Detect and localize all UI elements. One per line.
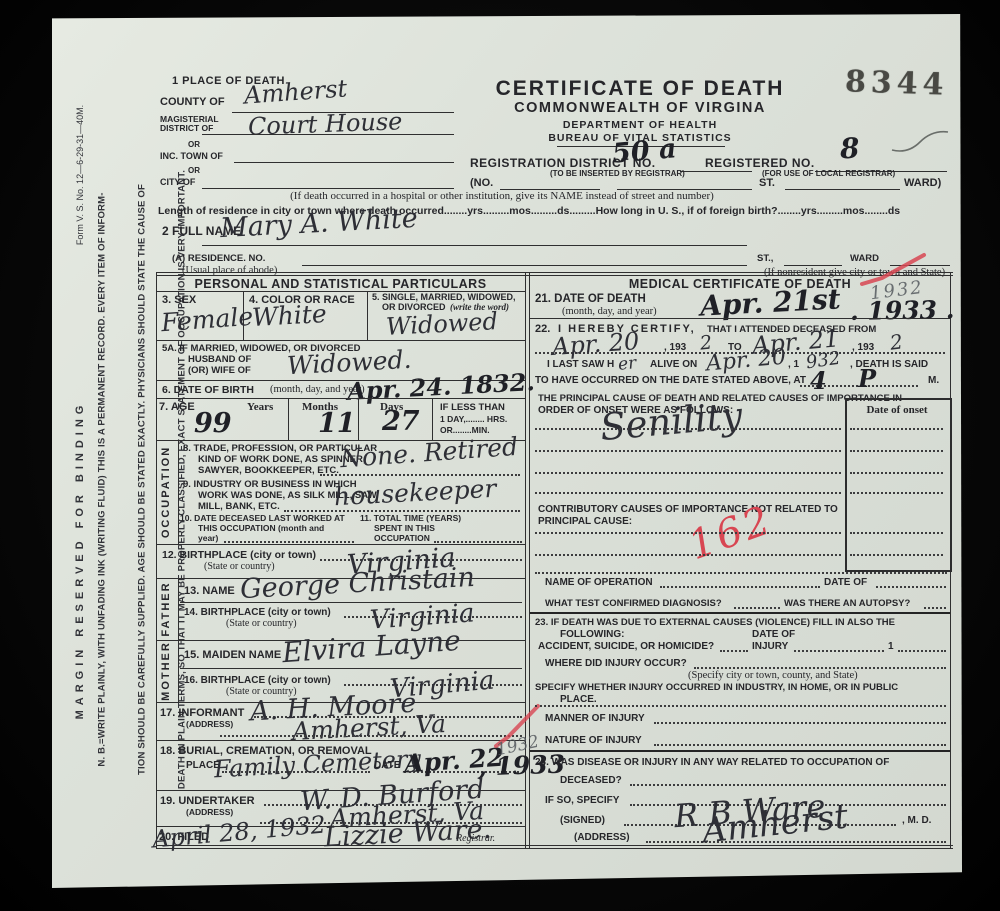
dotted-leader: [654, 744, 946, 746]
city-of-label: CITY OF: [160, 178, 195, 187]
rule: [156, 845, 953, 846]
mother-maiden-value: Elvira Layne: [281, 624, 462, 669]
dotted-leader: [222, 771, 370, 773]
lastsaw-printed-year: , 1: [788, 360, 799, 370]
related-occupation-label-2: DECEASED?: [560, 776, 622, 786]
operation-label: NAME OF OPERATION: [545, 578, 653, 588]
external-causes-label-1: 23. IF DEATH WAS DUE TO EXTERNAL CAUSES …: [535, 618, 895, 628]
dotted-leader: [694, 667, 946, 669]
industry-label-1: 9. INDUSTRY OR BUSINESS IN WHICH: [183, 480, 357, 490]
totaltime-label-2: SPENT IN THIS: [374, 524, 435, 533]
rule: [178, 640, 179, 702]
lastworked-label-3: year): [198, 534, 218, 543]
trade-label-3: SAWYER, BOOKKEEPER, ETC.: [198, 466, 339, 476]
sex-value: Female: [160, 302, 254, 337]
dotted-leader: [535, 428, 841, 430]
rule: [156, 340, 525, 341]
age-years-label: Years: [247, 402, 273, 413]
manner-injury-label: MANNER OF INJURY: [545, 714, 645, 724]
rule: [156, 272, 953, 273]
occupation-group-label: OCCUPATION: [160, 442, 172, 542]
rule: [156, 740, 525, 741]
birthplace-sub: (State or country): [204, 562, 275, 572]
department-line: DEPARTMENT OF HEALTH: [440, 120, 840, 131]
rule: [358, 398, 359, 440]
lastsaw-label-2: ALIVE ON: [650, 360, 697, 370]
date-of-death-value: Apr. 21st: [699, 282, 841, 322]
dotted-leader: [224, 541, 354, 543]
or-label: OR: [188, 167, 200, 175]
injury-one: 1: [888, 642, 894, 652]
registered-no-label: REGISTERED NO.: [705, 157, 815, 169]
street-ward-label: WARD): [904, 178, 941, 189]
dotted-leader: [220, 735, 522, 737]
county-label: COUNTY OF: [160, 97, 225, 108]
industry-value: housekeeper: [333, 474, 497, 511]
dotted-leader: [630, 784, 946, 786]
printed-year-prefix: , 193: [852, 343, 874, 353]
where-injury-sub: (Specify city or town, county, and State…: [688, 671, 858, 682]
residence-a-label: (A) RESIDENCE. NO.: [172, 254, 265, 264]
autopsy-label: WAS THERE AN AUTOPSY?: [784, 599, 910, 609]
rule: [178, 578, 179, 640]
rule: [302, 265, 747, 266]
rule: [530, 612, 950, 614]
contributory-label-1: CONTRIBUTORY CAUSES OF IMPORTANCE NOT RE…: [538, 505, 838, 515]
trade-value: None. Retired: [339, 432, 519, 473]
informant-label: 17. INFORMANT: [160, 708, 244, 719]
dotted-leader: [535, 532, 841, 534]
mother-birthplace-label: 16. BIRTHPLACE (city or town): [184, 676, 331, 686]
street-st-label: ST.: [759, 178, 775, 189]
district-of-label: DISTRICT OF: [160, 124, 213, 133]
dotted-leader: [535, 572, 947, 574]
commonwealth-subtitle: COMMONWEALTH OF VIRGINA: [440, 101, 840, 116]
father-name-value: George Christain: [239, 562, 475, 605]
dotted-leader: [535, 492, 841, 494]
form-number-vertical: Form V. S. No. 12—6-29-31—40M.: [75, 100, 85, 250]
date-of-death-label: 21. DATE OF DEATH: [535, 294, 646, 306]
residence-st-label: ST.,: [757, 254, 773, 264]
margin-note-line2: TION SHOULD BE CAREFULLY SUPPLIED. AGE S…: [137, 100, 148, 860]
where-injury-label: WHERE DID INJURY OCCUR?: [545, 659, 687, 669]
dob-label: 6. DATE OF BIRTH: [162, 385, 254, 396]
dotted-leader: [924, 607, 946, 609]
lastworked-label-1: 10. DATE DECEASED LAST WORKED AT: [180, 514, 345, 523]
inc-town-label: INC. TOWN OF: [160, 152, 223, 161]
date-of-onset-label: Date of onset: [847, 405, 947, 416]
certificate-paper: Form V. S. No. 12—6-29-31—40M. MARGIN RE…: [52, 14, 962, 888]
registrar-label: Registrar.: [456, 834, 495, 844]
specify-label-1: SPECIFY WHETHER INJURY OCCURRED IN INDUS…: [535, 683, 898, 693]
age-less-label-1: IF LESS THAN: [440, 403, 505, 413]
dotted-leader: [660, 586, 820, 588]
margin-binding-vertical: MARGIN RESERVED FOR BINDING: [74, 335, 86, 785]
dotted-leader: [720, 650, 748, 652]
dotted-leader: [654, 722, 946, 724]
rule: [784, 265, 842, 266]
marital-value: Widowed: [385, 307, 498, 341]
totaltime-label-1: 11. TOTAL TIME (YEARS): [360, 514, 461, 523]
operation-date-label: DATE OF: [824, 578, 867, 588]
dotted-leader: [850, 492, 943, 494]
s5a-label-3: (OR) WIFE OF: [188, 366, 251, 376]
rule: [202, 134, 454, 135]
dotted-leader: [734, 607, 780, 609]
certify-number: 22.: [535, 324, 550, 335]
ifso-label: IF SO, SPECIFY: [545, 796, 619, 806]
test-label: WHAT TEST CONFIRMED DIAGNOSIS?: [545, 599, 722, 609]
birthplace-label: 12. BIRTHPLACE (city or town): [162, 550, 316, 561]
s5a-label-2: HUSBAND OF: [188, 355, 251, 365]
rule: [202, 245, 747, 246]
registration-district-value: 50 a: [611, 133, 678, 170]
registrar-insert-note: (TO BE INSERTED BY REGISTRAR): [550, 170, 685, 178]
sex-label: 3. SEX: [162, 295, 196, 306]
occurred-ampm-value: P: [858, 364, 876, 393]
occurred-label: TO HAVE OCCURRED ON THE DATE STATED ABOV…: [535, 376, 806, 386]
dotted-leader: [850, 532, 943, 534]
dotted-leader: [535, 472, 841, 474]
dotted-leader: [850, 472, 943, 474]
date-of-onset-box: Date of onset: [845, 398, 952, 572]
related-occupation-label-1: 24. WAS DISEASE OR INJURY IN ANY WAY REL…: [535, 758, 889, 768]
marital-label-1: 5. SINGLE, MARRIED, WIDOWED,: [372, 293, 516, 302]
contributory-label-2: PRINCIPAL CAUSE:: [538, 517, 632, 527]
rule: [178, 440, 179, 544]
age-years-value: 99: [194, 408, 232, 439]
father-group-label: FATHER: [160, 579, 172, 639]
father-birthplace-sub: (State or country): [226, 619, 297, 629]
lastsaw-label-1: I LAST SAW H: [547, 360, 614, 370]
rule: [530, 318, 950, 319]
nature-injury-label: NATURE OF INJURY: [545, 736, 642, 746]
undertaker-label: 19. UNDERTAKER: [160, 796, 255, 807]
external-dateof-label: DATE OF: [752, 630, 795, 640]
dotted-leader: [794, 650, 884, 652]
printed-year-prefix: , 193: [664, 343, 686, 353]
or-label: OR: [188, 141, 200, 149]
rule: [156, 544, 525, 545]
rule: [202, 188, 454, 189]
dotted-leader: [535, 450, 841, 452]
dotted-leader: [535, 705, 946, 707]
district-value: Court House: [248, 107, 403, 140]
county-value: Amherst: [243, 74, 348, 109]
burial-date-label: DATE: [374, 761, 400, 771]
occurred-time-value: 4: [810, 366, 827, 395]
father-name-label: 13. NAME: [184, 586, 235, 597]
attended-to-year-digit: 2: [889, 329, 905, 354]
rule: [156, 275, 953, 276]
dotted-leader: [850, 554, 943, 556]
scanned-death-certificate: { "colors":{"paper":"#dde2da","ink":"#26…: [0, 0, 1000, 911]
dotted-leader: [876, 586, 946, 588]
rule: [288, 398, 289, 440]
mother-group-label: MOTHER: [160, 641, 172, 701]
address-label: (ADDRESS): [574, 833, 630, 843]
dotted-leader: [850, 428, 943, 430]
totaltime-label-3: OCCUPATION: [374, 534, 430, 543]
dotted-leader: [898, 650, 946, 652]
dotted-leader: [535, 554, 841, 556]
local-registrar-note: (FOR USE OF LOCAL REGISTRAR): [762, 170, 895, 178]
rule: [680, 171, 752, 172]
rule: [367, 291, 368, 340]
age-label: 7. AGE: [159, 402, 195, 413]
accident-label: ACCIDENT, SUICIDE, OR HOMICIDE?: [538, 642, 714, 652]
rule: [432, 398, 433, 440]
rule: [156, 398, 525, 399]
dotted-leader: [850, 450, 943, 452]
personal-section-header: PERSONAL AND STATISTICAL PARTICULARS: [156, 278, 525, 291]
hospital-note: (If death occurred in a hospital or othe…: [252, 191, 752, 202]
pen-squiggle: [890, 126, 950, 156]
rule: [234, 162, 454, 163]
registered-no-value: 8: [839, 132, 860, 166]
signed-md-label: , M. D.: [902, 816, 931, 826]
rule: [530, 750, 950, 752]
rule: [785, 189, 900, 190]
undertaker-address-label: (ADDRESS): [186, 808, 233, 817]
injury-label: INJURY: [752, 642, 788, 652]
date-of-death-sub: (month, day, and year): [562, 307, 657, 318]
lastsaw-date-value: Apr. 20: [705, 345, 787, 377]
signed-label: (SIGNED): [560, 816, 605, 826]
race-value: White: [251, 299, 327, 332]
age-months-value: 11: [318, 408, 356, 439]
industry-label-3: MILL, BANK, ETC.: [198, 502, 280, 512]
informant-address-label: (ADDRESS): [186, 720, 233, 729]
margin-note-line1: N. B.=WRITE PLAINLY, WITH UNFADING INK (…: [97, 100, 108, 860]
rule: [156, 848, 953, 849]
lastsaw-pronoun: er: [617, 353, 637, 375]
street-no-label: (NO.: [470, 178, 493, 189]
mother-maiden-label: 15. MAIDEN NAME: [184, 650, 281, 661]
date-of-death-year: . 1933 .: [850, 295, 955, 326]
rule: [156, 272, 157, 848]
specify-label-2: PLACE.: [560, 695, 597, 705]
occurred-m-label: M.: [928, 376, 939, 386]
age-less-label-2: 1 DAY,........ HRS.: [440, 415, 507, 424]
age-days-value: 27: [382, 406, 420, 437]
dotted-leader: [284, 510, 520, 512]
external-causes-label-2: FOLLOWING:: [560, 630, 624, 640]
certificate-number-stamp: 8344: [844, 64, 949, 103]
certificate-title: CERTIFICATE OF DEATH: [440, 78, 840, 99]
lastworked-label-2: THIS OCCUPATION (month and: [198, 524, 324, 533]
father-birthplace-label: 14. BIRTHPLACE (city or town): [184, 608, 331, 618]
